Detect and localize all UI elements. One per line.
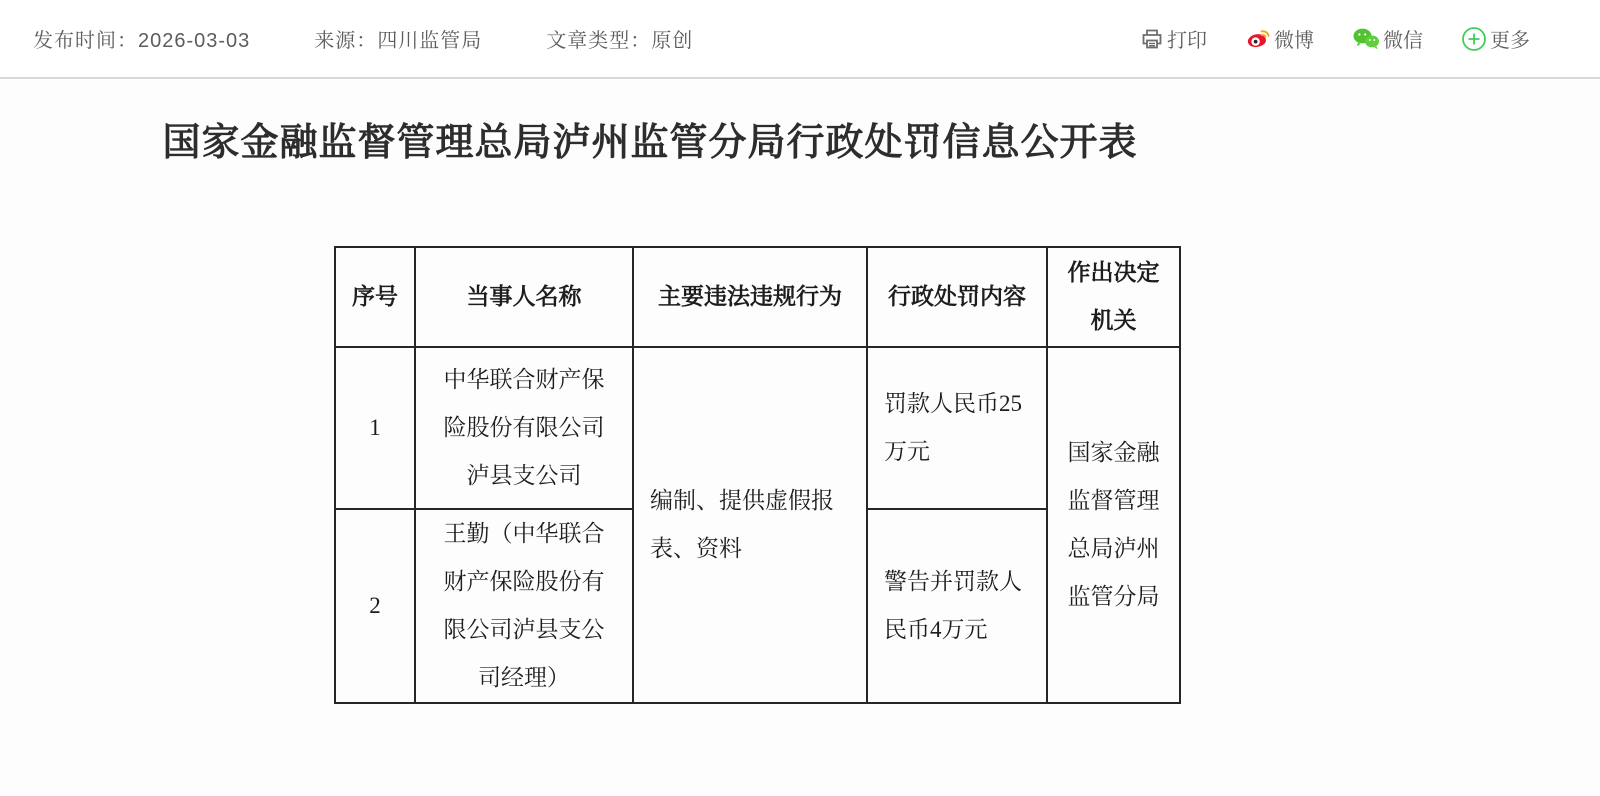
row1-party-name: 中华联合财产保险股份有限公司泸县支公司	[415, 347, 633, 509]
publish-time-value: 2026-03-03	[138, 30, 250, 52]
plus-circle-icon	[1461, 26, 1487, 52]
header-seq: 序号	[335, 247, 415, 347]
article-type: 文章类型：原创	[546, 24, 693, 53]
share-actions: 打印 微博	[1140, 24, 1530, 53]
article-type-value: 原创	[651, 30, 693, 52]
source-value: 四川监管局	[377, 30, 482, 52]
header-violation: 主要违法违规行为	[633, 247, 867, 347]
article-type-label: 文章类型：	[546, 30, 651, 52]
source-label: 来源：	[314, 30, 377, 52]
meta-info-group: 发布时间：2026-03-03 来源：四川监管局 文章类型：原创	[33, 24, 693, 53]
header-penalty: 行政处罚内容	[867, 247, 1047, 347]
row1-seq: 1	[335, 347, 415, 509]
more-share-button[interactable]: 更多	[1461, 24, 1530, 53]
source: 来源：四川监管局	[314, 24, 482, 53]
print-button[interactable]: 打印	[1140, 24, 1207, 53]
row1-penalty: 罚款人民币25万元	[867, 347, 1047, 509]
weibo-icon	[1245, 26, 1271, 52]
title-container: 国家金融监督管理总局泸州监管分局行政处罚信息公开表	[0, 111, 1300, 166]
publish-time: 发布时间：2026-03-03	[33, 24, 250, 53]
header-authority: 作出决定机关	[1047, 247, 1180, 347]
wechat-icon	[1352, 27, 1380, 51]
page-title: 国家金融监督管理总局泸州监管分局行政处罚信息公开表	[0, 111, 1300, 166]
row2-seq: 2	[335, 509, 415, 703]
penalty-disclosure-table: 序号 当事人名称 主要违法违规行为 行政处罚内容 作出决定机关 1 中华联合财产…	[334, 246, 1181, 704]
table-header-row: 序号 当事人名称 主要违法违规行为 行政处罚内容 作出决定机关	[335, 247, 1180, 347]
weibo-label: 微博	[1274, 24, 1314, 53]
row2-party-name: 王勤（中华联合财产保险股份有限公司泸县支公司经理）	[415, 509, 633, 703]
more-label: 更多	[1490, 24, 1530, 53]
wechat-share-button[interactable]: 微信	[1352, 24, 1423, 53]
row2-penalty: 警告并罚款人民币4万元	[867, 509, 1047, 703]
table-row: 1 中华联合财产保险股份有限公司泸县支公司 编制、提供虚假报表、资料 罚款人民币…	[335, 347, 1180, 509]
article-meta-bar: 发布时间：2026-03-03 来源：四川监管局 文章类型：原创 打印	[0, 0, 1600, 79]
publish-time-label: 发布时间：	[33, 30, 138, 52]
header-party: 当事人名称	[415, 247, 633, 347]
printer-icon	[1140, 27, 1164, 51]
weibo-share-button[interactable]: 微博	[1245, 24, 1314, 53]
wechat-label: 微信	[1383, 24, 1423, 53]
print-label: 打印	[1167, 24, 1207, 53]
merged-violation-cell: 编制、提供虚假报表、资料	[633, 347, 867, 703]
merged-authority-cell: 国家金融监督管理总局泸州监管分局	[1047, 347, 1180, 703]
